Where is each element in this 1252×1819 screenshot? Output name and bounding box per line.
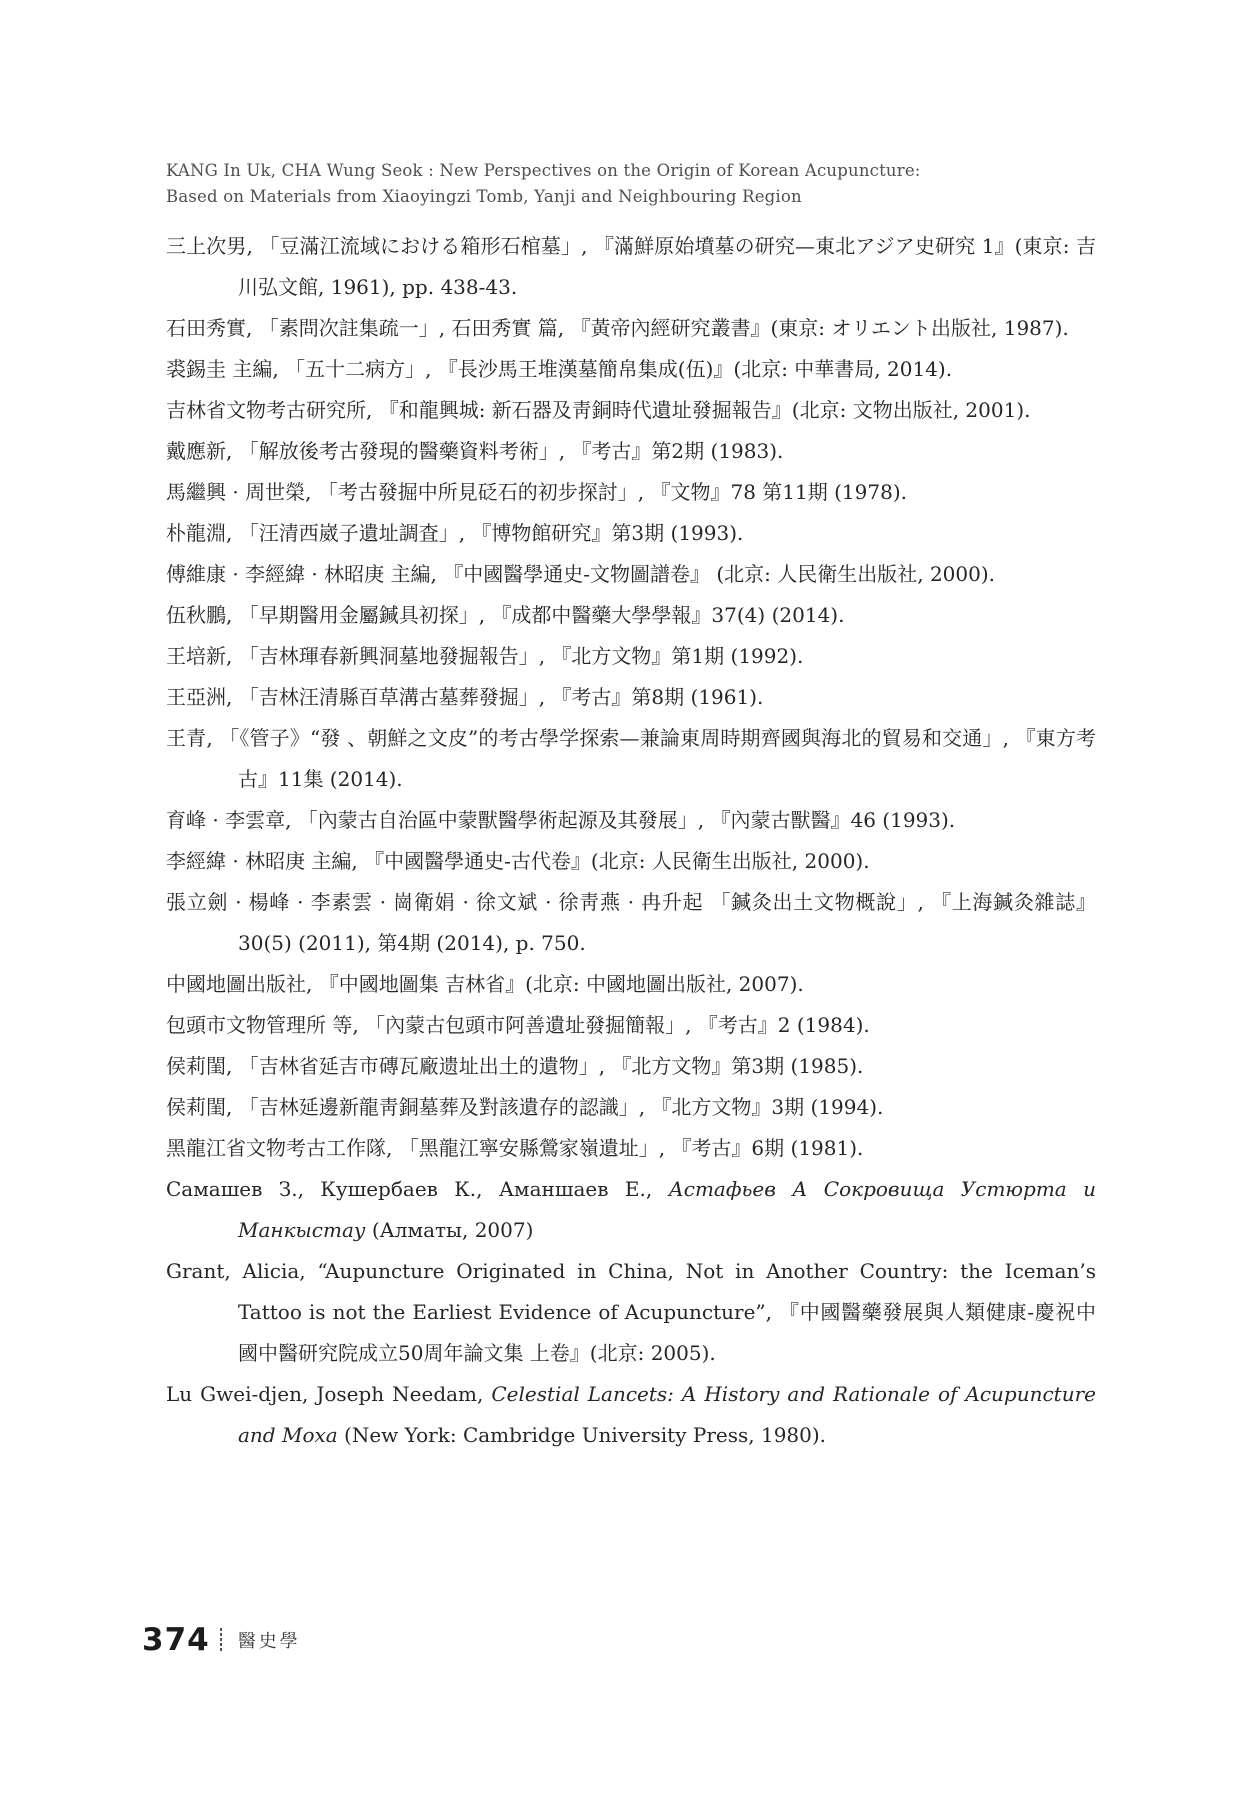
reference-entry: 侯莉閨, 「吉林延邊新龍靑銅墓葬及對該遺存的認識」, 『北方文物』3期 (199… <box>166 1087 1096 1128</box>
references-list: 三上次男, 「豆滿江流域における箱形石棺墓」, 『滿鮮原始墳墓の研究—東北アジア… <box>166 226 1096 1456</box>
running-head-line1: KANG In Uk, CHA Wung Seok : New Perspect… <box>166 158 966 184</box>
reference-entry: Grant, Alicia, “Aupuncture Originated in… <box>166 1251 1096 1374</box>
reference-entry: 馬繼興 · 周世榮, 「考古發掘中所見砭石的初步探討」, 『文物』78 第11期… <box>166 472 1096 513</box>
reference-entry: 伍秋鵬, 「早期醫用金屬鍼具初探」, 『成都中醫藥大學學報』37(4) (201… <box>166 595 1096 636</box>
reference-entry: 戴應新, 「解放後考古發現的醫藥資料考術」, 『考古』第2期 (1983). <box>166 431 1096 472</box>
page-number: 374 <box>142 1622 210 1658</box>
reference-entry: 侯莉閨, 「吉林省延吉市磚瓦廠遗址出土的遺物」, 『北方文物』第3期 (1985… <box>166 1046 1096 1087</box>
reference-entry: 張立劍 · 楊峰 · 李素雲 · 崗衛娟 · 徐文斌 · 徐靑燕 · 冉升起 「… <box>166 882 1096 964</box>
reference-entry: 育峰 · 李雲章, 「內蒙古自治區中蒙獸醫學術起源及其發展」, 『內蒙古獸醫』4… <box>166 800 1096 841</box>
reference-entry: 李經緯 · 林昭庚 主編, 『中國醫學通史-古代卷』(北京: 人民衛生出版社, … <box>166 841 1096 882</box>
document-page: KANG In Uk, CHA Wung Seok : New Perspect… <box>0 0 1252 1819</box>
running-head: KANG In Uk, CHA Wung Seok : New Perspect… <box>166 158 966 210</box>
reference-entry: 石田秀實, 「素問次註集疏一」, 石田秀實 篇, 『黃帝內經研究叢書』(東京: … <box>166 308 1096 349</box>
reference-entry: 王培新, 「吉林琿春新興洞墓地發掘報告」, 『北方文物』第1期 (1992). <box>166 636 1096 677</box>
running-head-line2: Based on Materials from Xiaoyingzi Tomb,… <box>166 184 966 210</box>
reference-entry: 傅維康 · 李經緯 · 林昭庚 主編, 『中國醫學通史-文物圖譜卷』 (北京: … <box>166 554 1096 595</box>
reference-entry: Самашев З., Кушербаев К., Аманшаев Е., А… <box>166 1169 1096 1251</box>
reference-entry: 吉林省文物考古研究所, 『和龍興城: 新石器及靑銅時代遺址發掘報告』(北京: 文… <box>166 390 1096 431</box>
journal-title: 醫史學 <box>238 1627 301 1653</box>
reference-entry: 朴龍淵, 「汪清西崴子遺址調査」, 『博物館研究』第3期 (1993). <box>166 513 1096 554</box>
reference-entry: 裘錫圭 主編, 「五十二病方」, 『長沙馬王堆漢墓簡帛集成(伍)』(北京: 中華… <box>166 349 1096 390</box>
page-footer: 374 醫史學 <box>142 1622 301 1658</box>
reference-entry: 三上次男, 「豆滿江流域における箱形石棺墓」, 『滿鮮原始墳墓の研究—東北アジア… <box>166 226 1096 308</box>
footer-divider <box>220 1628 222 1652</box>
reference-entry: Lu Gwei-djen, Joseph Needam, Celestial L… <box>166 1374 1096 1456</box>
reference-entry: 包頭市文物管理所 等, 「內蒙古包頭市阿善遺址發掘簡報」, 『考古』2 (198… <box>166 1005 1096 1046</box>
reference-entry: 黑龍江省文物考古工作隊, 「黑龍江寧安縣鶯家嶺遺址」, 『考古』6期 (1981… <box>166 1128 1096 1169</box>
reference-entry: 王青, 「《管子》“發 、朝鮮之文皮”的考古學学探索—兼論東周時期齊國與海北的貿… <box>166 718 1096 800</box>
reference-entry: 王亞洲, 「吉林汪清縣百草溝古墓葬發掘」, 『考古』第8期 (1961). <box>166 677 1096 718</box>
reference-entry: 中國地圖出版社, 『中國地圖集 吉林省』(北京: 中國地圖出版社, 2007). <box>166 964 1096 1005</box>
